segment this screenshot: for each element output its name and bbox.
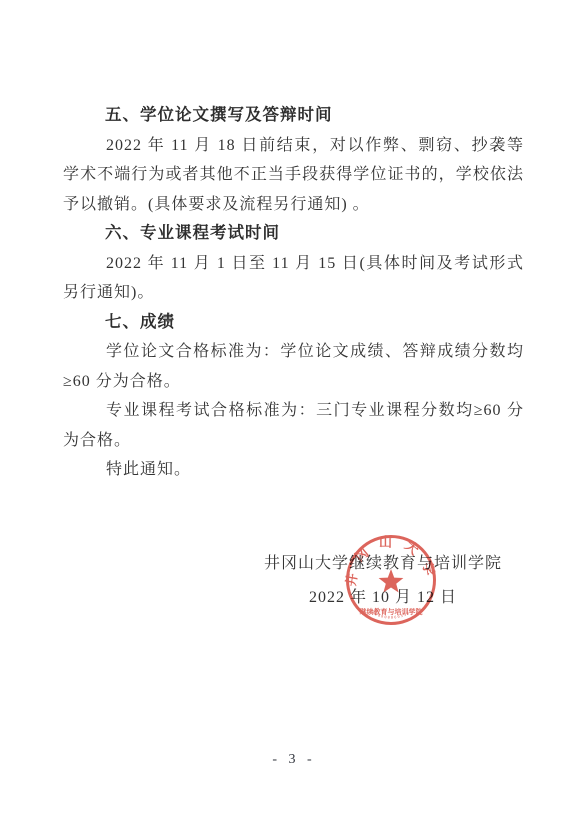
section-7-paragraph-courses: 专业课程考试合格标准为：三门专业课程分数均≥60 分为合格。	[63, 396, 524, 455]
page-number: - 3 -	[0, 752, 588, 768]
section-5-paragraph: 2022 年 11 月 18 日前结束，对以作弊、剽窃、抄袭等学术不端行为或者其…	[63, 131, 524, 220]
section-heading-6: 六、专业课程考试时间	[63, 219, 524, 249]
section-7-paragraph-thesis: 学位论文合格标准为：学位论文成绩、答辩成绩分数均≥60 分为合格。	[63, 337, 524, 396]
stamp-star-icon	[379, 569, 404, 593]
document-body: 五、学位论文撰写及答辩时间 2022 年 11 月 18 日前结束，对以作弊、剽…	[63, 101, 524, 485]
section-heading-5: 五、学位论文撰写及答辩时间	[63, 101, 524, 131]
section-heading-7: 七、成绩	[63, 308, 524, 338]
document-page: 五、学位论文撰写及答辩时间 2022 年 11 月 18 日前结束，对以作弊、剽…	[0, 0, 588, 832]
official-seal-stamp: 井冈山大学 继续教育与培训学院 36080008605368	[344, 533, 438, 627]
closing-remark: 特此通知。	[63, 455, 524, 485]
section-6-paragraph: 2022 年 11 月 1 日至 11 月 15 日(具体时间及考试形式另行通知…	[63, 249, 524, 308]
